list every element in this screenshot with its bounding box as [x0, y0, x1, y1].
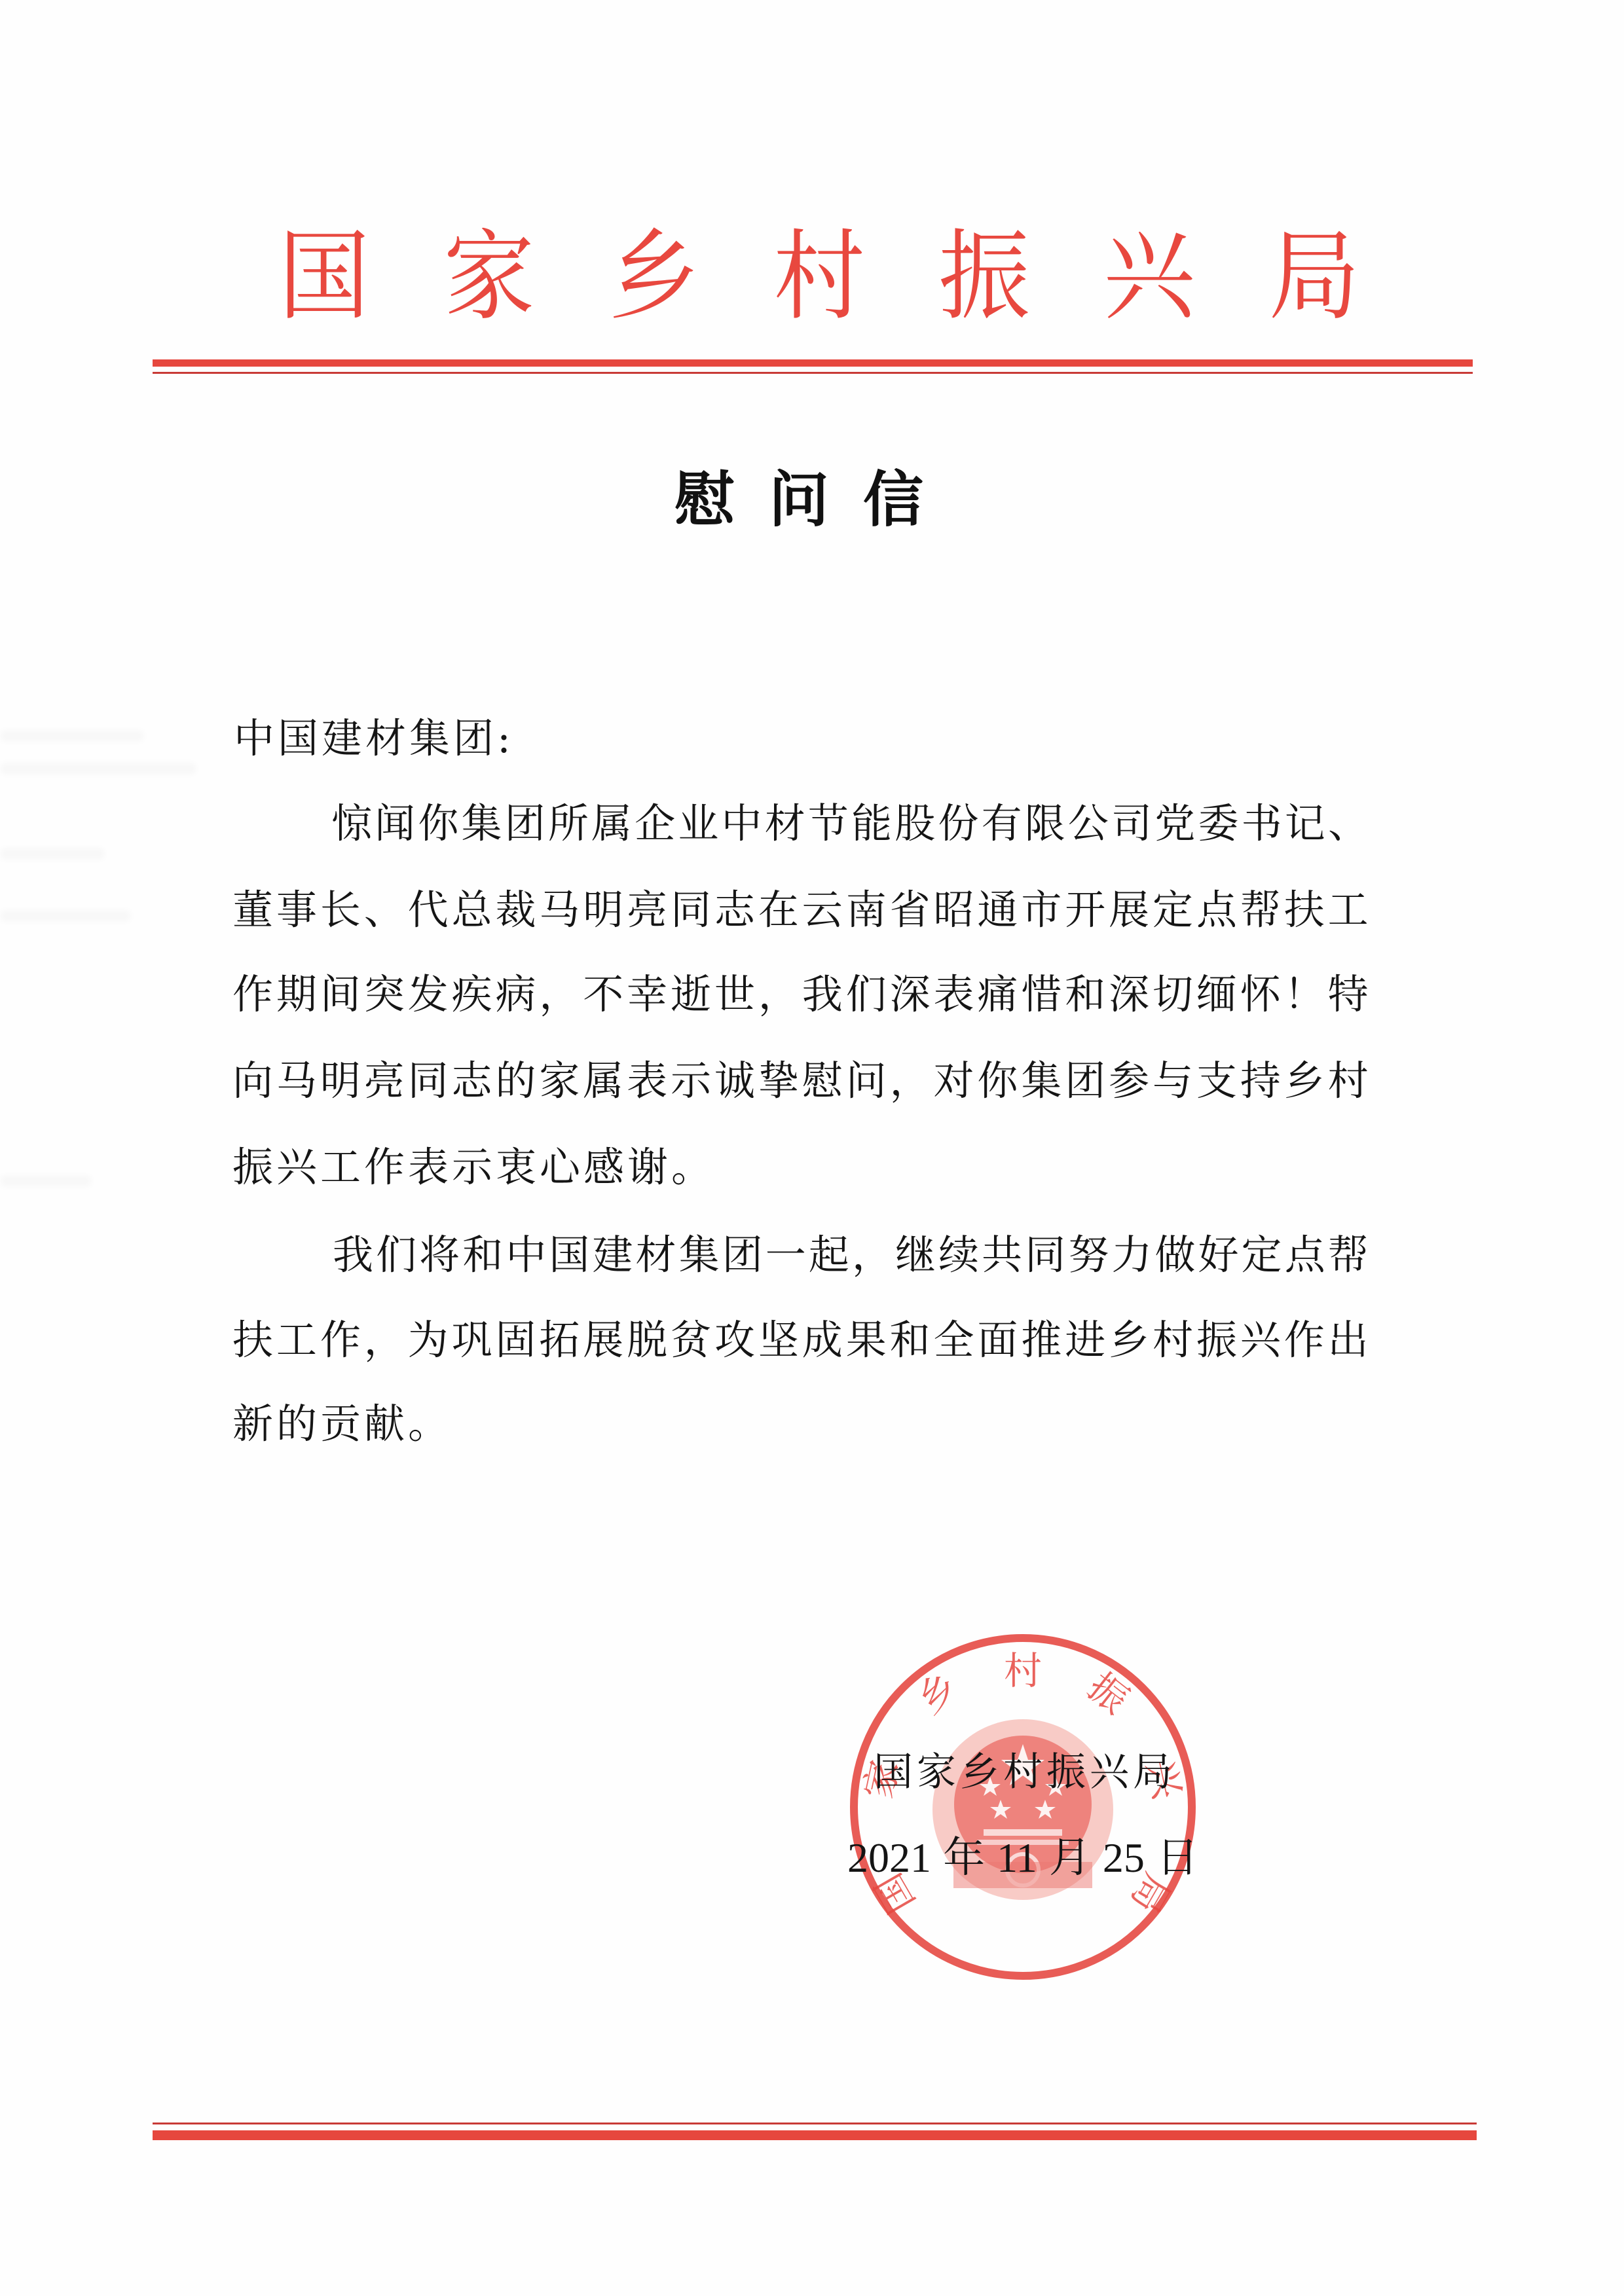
body-char: 全: [934, 1317, 974, 1363]
body-char: 振: [1196, 1317, 1237, 1363]
body-char: 脱: [627, 1317, 667, 1363]
body-char: 作: [1284, 1317, 1325, 1363]
body-char: 材: [636, 1232, 676, 1278]
agency-header-title: 国 家 乡 村 振 兴 局: [275, 223, 1363, 331]
body-char: 痛: [977, 972, 1018, 1017]
body-char: 中: [506, 1232, 546, 1278]
body-char: 进: [1065, 1317, 1105, 1363]
body-char: 们: [376, 1232, 416, 1278]
date-year-unit: 年: [943, 1834, 985, 1882]
body-char: 世: [714, 972, 755, 1017]
body-char: 惊: [331, 801, 372, 847]
body-char: 兴: [1240, 1317, 1281, 1363]
body-char: 怀: [1240, 972, 1281, 1017]
body-char: 面: [977, 1317, 1018, 1363]
agency-title-char: 振: [938, 223, 1030, 331]
body-line: 向马明亮同志的家属表示诚挚慰问，对你集团参与支持乡村: [232, 1058, 1369, 1104]
body-char: 书: [1242, 801, 1282, 847]
letter-page: 国 家 乡 村 振 兴 局 慰 问 信 中国建材集团: 惊闻你集团所属企业中材节…: [0, 0, 1624, 2296]
body-char: 坚: [758, 1317, 799, 1363]
body-char: 起: [809, 1232, 849, 1278]
body-char: 固: [495, 1317, 536, 1363]
body-char: 集: [1021, 1058, 1061, 1104]
body-char: 深: [890, 972, 931, 1017]
body-char: 特: [1328, 972, 1369, 1017]
body-char: 作: [320, 1317, 361, 1363]
body-char: 集: [462, 801, 502, 847]
body-char: 期: [276, 972, 317, 1017]
seal-ring-char: 村: [1004, 1649, 1042, 1693]
letter-title-char: 问: [769, 464, 829, 536]
body-char: 努: [1068, 1232, 1109, 1278]
body-char: 做: [1154, 1232, 1195, 1278]
body-char: 参: [1109, 1058, 1149, 1104]
body-char: 党: [1154, 801, 1195, 847]
body-char: 好: [1198, 1232, 1239, 1278]
body-char: 惜: [1021, 972, 1061, 1017]
body-char: 业: [678, 801, 718, 847]
body-line: 作期间突发疾病，不幸逝世，我们深表痛惜和深切缅怀！特: [232, 972, 1369, 1017]
body-char: 疾: [452, 972, 492, 1017]
official-seal: 国 家 乡 村 振 兴 局: [849, 1633, 1197, 1981]
body-char: 贫: [671, 1317, 711, 1363]
body-char: 总: [452, 887, 492, 933]
body-char: 司: [1111, 801, 1152, 847]
body-char: 闻: [375, 801, 415, 847]
body-char: 在: [758, 887, 799, 933]
body-char: 通: [977, 887, 1018, 933]
body-char: 昭: [934, 887, 974, 933]
body-char: ！: [1284, 972, 1325, 1017]
body-char: 将: [419, 1232, 460, 1278]
body-char: 攻: [714, 1317, 755, 1363]
body-char: ，: [539, 972, 580, 1017]
body-char: 家: [539, 1058, 580, 1104]
footer-rule-thin: [153, 2123, 1477, 2124]
body-char: 和: [890, 1317, 931, 1363]
body-char: 团: [1065, 1058, 1105, 1104]
body-char: 续: [938, 1232, 979, 1278]
letter-title-char: 慰: [674, 464, 735, 536]
body-char: 的: [495, 1058, 536, 1104]
body-char: 切: [1153, 972, 1193, 1017]
date-year: 2021: [847, 1834, 931, 1882]
body-char: 幸: [627, 972, 667, 1017]
body-char: 表: [934, 972, 974, 1017]
body-char: 明: [583, 887, 623, 933]
body-char: 工: [1328, 887, 1369, 933]
body-char: 所: [548, 801, 589, 847]
body-char: 成: [802, 1317, 843, 1363]
body-char: 团: [505, 801, 545, 847]
body-char: 深: [1109, 972, 1149, 1017]
body-char: 开: [1065, 887, 1105, 933]
body-char: 为: [408, 1317, 449, 1363]
body-char: 志: [714, 887, 755, 933]
body-char: 发: [408, 972, 449, 1017]
body-line: 惊闻你集团所属企业中材节能股份有限公司党委书记、: [331, 801, 1369, 847]
body-char: 股: [895, 801, 935, 847]
body-char: 表: [627, 1058, 667, 1104]
body-char: 市: [1021, 887, 1061, 933]
date-month: 11: [997, 1834, 1037, 1882]
body-char: 中: [722, 801, 762, 847]
body-char: 逝: [671, 972, 711, 1017]
body-char: 委: [1198, 801, 1238, 847]
body-char: 示: [671, 1058, 711, 1104]
body-char: 对: [934, 1058, 974, 1104]
body-char: 问: [846, 1058, 887, 1104]
letter-title: 慰 问 信: [674, 464, 923, 536]
signature-char: 村: [1003, 1749, 1043, 1795]
body-char: 同: [408, 1058, 449, 1104]
agency-title-char: 家: [443, 223, 535, 331]
signature-char: 局: [1133, 1749, 1172, 1795]
body-char: 缅: [1196, 972, 1237, 1017]
body-char: 们: [846, 972, 887, 1017]
body-char: 乡: [1109, 1317, 1149, 1363]
body-char: 突: [364, 972, 405, 1017]
body-char: 果: [846, 1317, 887, 1363]
body-char: 不: [583, 972, 623, 1017]
signature-date: 2021 年 11 月 25 日: [847, 1834, 1198, 1882]
body-char: 拓: [539, 1317, 580, 1363]
body-line: 我们将和中国建材集团一起，继续共同努力做好定点帮: [333, 1232, 1369, 1278]
body-char: 帮: [1240, 887, 1281, 933]
signature-char: 国: [874, 1749, 913, 1795]
body-char: 推: [1021, 1317, 1061, 1363]
body-char: 公: [1068, 801, 1109, 847]
agency-title-char: 村: [773, 223, 865, 331]
body-char: 扶: [232, 1317, 273, 1363]
body-char: 有: [982, 801, 1022, 847]
body-char: 我: [333, 1232, 373, 1278]
body-char: 限: [1025, 801, 1065, 847]
body-char: 南: [846, 887, 887, 933]
body-char: 马: [539, 887, 580, 933]
body-char: ，: [758, 972, 799, 1017]
header-rule-thick: [153, 359, 1473, 367]
body-line: 董事长、代总裁马明亮同志在云南省昭通市开展定点帮扶工: [232, 887, 1369, 933]
body-char: 明: [320, 1058, 361, 1104]
body-char: 支: [1196, 1058, 1237, 1104]
body-char: 能: [851, 801, 892, 847]
signature-char: 乡: [960, 1749, 999, 1795]
body-char: 你: [977, 1058, 1018, 1104]
body-char: 挚: [758, 1058, 799, 1104]
body-char: 、: [364, 887, 405, 933]
body-char: 点: [1285, 1232, 1325, 1278]
body-line: 振兴工作表示衷心感谢。: [232, 1144, 715, 1190]
body-char: 作: [232, 972, 273, 1017]
agency-title-char: 乡: [608, 223, 700, 331]
scan-artifact: [0, 1175, 92, 1187]
body-char: 与: [1153, 1058, 1193, 1104]
body-char: 村: [1153, 1317, 1193, 1363]
signature-char: 振: [1046, 1749, 1086, 1795]
body-char: 亮: [627, 887, 667, 933]
body-char: 巩: [452, 1317, 492, 1363]
body-char: 持: [1240, 1058, 1281, 1104]
body-char: 马: [276, 1058, 317, 1104]
body-char: 事: [276, 887, 317, 933]
scan-artifact: [0, 848, 105, 860]
body-char: 工: [276, 1317, 317, 1363]
date-day-unit: 日: [1156, 1834, 1198, 1882]
body-char: 材: [765, 801, 805, 847]
body-char: 展: [583, 1317, 623, 1363]
body-char: 乡: [1284, 1058, 1325, 1104]
signature-org: 国 家 乡 村 振 兴 局: [874, 1749, 1172, 1795]
agency-title-char: 兴: [1103, 223, 1195, 331]
body-char: 间: [320, 972, 361, 1017]
body-char: 定: [1153, 887, 1193, 933]
body-char: 集: [679, 1232, 720, 1278]
body-char: 同: [671, 887, 711, 933]
body-char: 病: [495, 972, 536, 1017]
body-char: 份: [938, 801, 978, 847]
body-char: 志: [452, 1058, 492, 1104]
body-line: 扶工作，为巩固拓展脱贫攻坚成果和全面推进乡村振兴作出: [232, 1317, 1369, 1363]
body-char: 一: [766, 1232, 806, 1278]
body-char: 继: [895, 1232, 936, 1278]
body-char: 出: [1328, 1317, 1369, 1363]
scan-artifact: [0, 763, 196, 774]
body-char: 扶: [1284, 887, 1325, 933]
body-char: 云: [802, 887, 843, 933]
body-char: 建: [592, 1232, 633, 1278]
body-char: 长: [320, 887, 361, 933]
agency-title-char: 局: [1268, 223, 1360, 331]
body-char: 和: [1065, 972, 1105, 1017]
body-char: 同: [1025, 1232, 1065, 1278]
body-char: 力: [1111, 1232, 1152, 1278]
header-rule-thin: [153, 372, 1473, 374]
body-char: 属: [591, 801, 632, 847]
body-line: 新的贡献。: [232, 1401, 452, 1447]
body-char: 共: [982, 1232, 1022, 1278]
body-char: 记: [1285, 801, 1325, 847]
body-char: 国: [549, 1232, 589, 1278]
letter-title-char: 信: [863, 464, 923, 536]
agency-title-char: 国: [278, 223, 370, 331]
body-char: 、: [1328, 801, 1369, 847]
signature-char: 兴: [1090, 1749, 1129, 1795]
date-day: 25: [1103, 1834, 1145, 1882]
signature-char: 家: [917, 1749, 956, 1795]
body-char: ，: [852, 1232, 893, 1278]
body-char: 你: [418, 801, 458, 847]
body-char: 董: [232, 887, 273, 933]
scan-artifact: [0, 910, 131, 922]
scan-artifact: [0, 730, 144, 742]
body-char: 我: [802, 972, 843, 1017]
date-month-unit: 月: [1049, 1834, 1091, 1882]
salutation: 中国建材集团:: [234, 716, 514, 761]
body-char: 展: [1109, 887, 1149, 933]
body-char: 代: [408, 887, 449, 933]
body-char: 点: [1196, 887, 1237, 933]
body-char: 企: [635, 801, 675, 847]
body-char: 帮: [1328, 1232, 1369, 1278]
body-char: ，: [364, 1317, 405, 1363]
body-char: 属: [583, 1058, 623, 1104]
footer-rule-thick: [153, 2130, 1477, 2140]
body-char: 诚: [714, 1058, 755, 1104]
body-char: 村: [1328, 1058, 1369, 1104]
body-char: 和: [462, 1232, 503, 1278]
body-char: 裁: [495, 887, 536, 933]
body-char: 慰: [802, 1058, 843, 1104]
body-char: ，: [890, 1058, 931, 1104]
body-char: 定: [1242, 1232, 1282, 1278]
body-char: 向: [232, 1058, 273, 1104]
body-char: 亮: [364, 1058, 405, 1104]
body-char: 节: [808, 801, 849, 847]
body-char: 团: [722, 1232, 763, 1278]
body-char: 省: [890, 887, 931, 933]
